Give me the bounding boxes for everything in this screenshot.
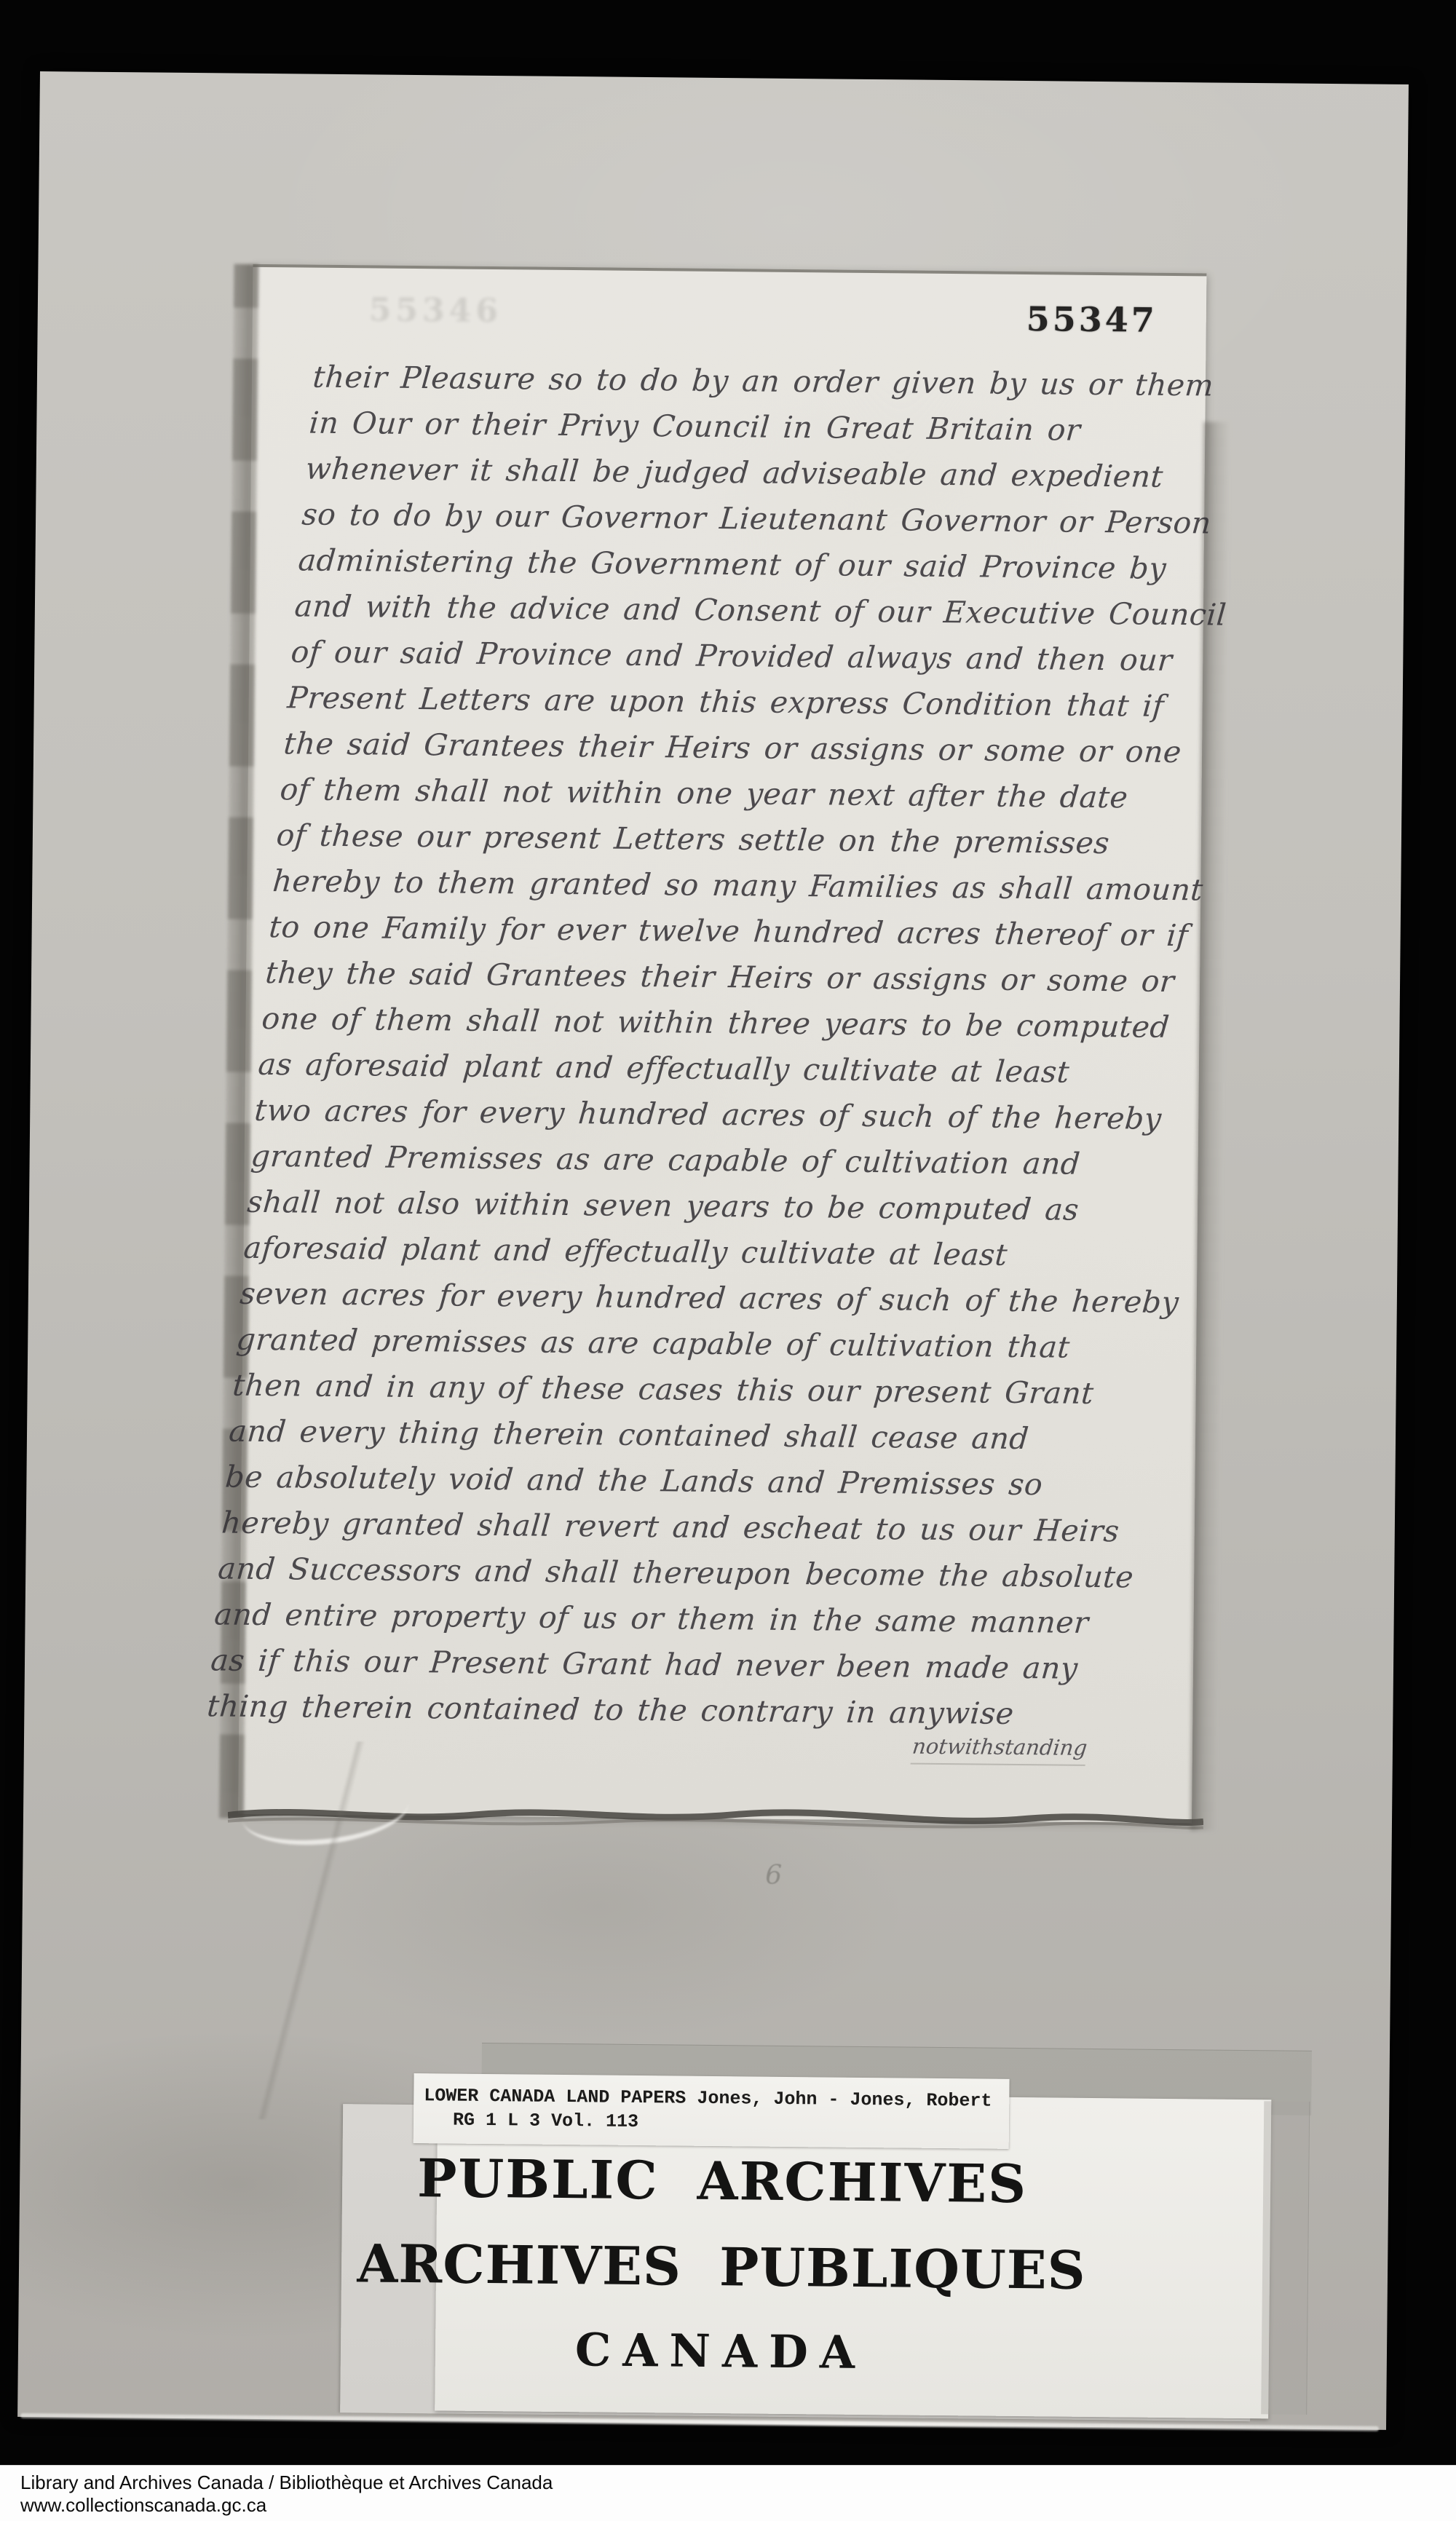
photo-crease <box>108 1739 519 2121</box>
footer-institution: Library and Archives Canada / Bibliothèq… <box>20 2471 553 2494</box>
photo-print: 55346 55347 their Pleasure so to do by a… <box>17 71 1409 2430</box>
tape-strip-right <box>1261 2101 1310 2415</box>
archives-card-line-canada: CANADA <box>324 2321 1118 2381</box>
footer-url: www.collectionscanada.gc.ca <box>20 2494 553 2517</box>
handwriting-lines: their Pleasure so to do by an order give… <box>205 355 1246 1738</box>
footer-bar: Library and Archives Canada / Bibliothèq… <box>0 2465 1456 2521</box>
archives-card-line-fr: ARCHIVES PUBLIQUES <box>325 2232 1119 2301</box>
archives-card-line-en: PUBLIC ARCHIVES <box>325 2146 1120 2215</box>
pencil-mark: 6 <box>765 1861 782 1891</box>
ghost-number-stamp: 55346 <box>369 291 503 330</box>
page-number-stamp: 55347 <box>1026 299 1158 340</box>
reference-label: LOWER CANADA LAND PAPERS Jones, John - J… <box>414 2073 1010 2149</box>
manuscript-line: thing therein contained to the contrary … <box>205 1683 1141 1738</box>
closing-word: notwithstanding <box>911 1734 1089 1766</box>
archival-scan-viewport: { "stamp": { "number": "55347", "ghost_n… <box>0 0 1456 2521</box>
